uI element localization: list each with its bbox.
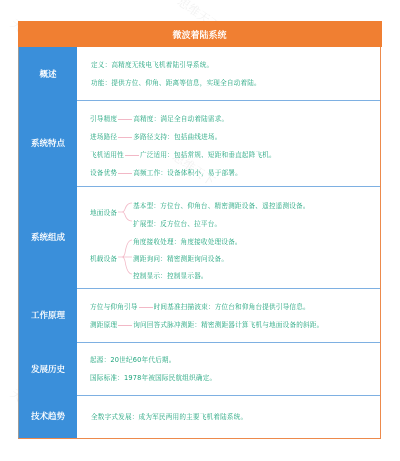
principle-value: 时间基准扫描波束：方位台和仰角台提供引导信息。 [154,303,310,311]
feature-value: 高精度：满足全自动着陆需求。 [133,115,228,123]
text-line: 功能：提供方位、仰角、距离等信息，实现全自动着陆。 [91,77,261,87]
connector-line [118,119,132,120]
row-content: 方位与仰角引导时间基准扫描波束：方位台和仰角台提供引导信息。 测距原理询问回答式… [77,288,380,342]
row-content: 定义：高精度无线电飞机着陆引导系统。 功能：提供方位、仰角、距离等信息，实现全自… [77,47,380,100]
row-content: 地面设备 基本型：方位台、仰角台、精密测距设备、遥控遥测设备。 扩展型：反方位台… [77,186,380,288]
row-content: 全数字式发展：成为军民两用的主要飞机着陆系统。 [77,395,380,438]
feature-key: 进场路径 [90,133,117,141]
row-label: 工作原理 [19,288,77,342]
feature-item: 引导精度高精度：满足全自动着陆需求。 [90,113,228,123]
row-label: 技术趋势 [19,395,77,438]
row-features: 系统特点 引导精度高精度：满足全自动着陆需求。 进场路径多路径支持：包括曲线进场… [19,100,380,186]
row-principle: 工作原理 方位与仰角引导时间基准扫描波束：方位台和仰角台提供引导信息。 测距原理… [19,288,380,342]
connector-line [118,137,132,138]
bracket-connector [118,200,134,224]
row-composition: 系统组成 地面设备 基本型：方位台、仰角台、精密测距设备、遥控遥测设备。 扩展型… [19,186,380,288]
group-item: 扩展型：反方位台、拉平台。 [133,218,221,228]
text-line: 起源：20世纪60年代后期。 [90,354,176,364]
group-name: 地面设备 [90,207,117,217]
group-item: 测距询问：精密测距询问设备。 [133,253,228,263]
principle-item: 方位与仰角引导时间基准扫描波束：方位台和仰角台提供引导信息。 [90,301,310,311]
feature-key: 飞机适用性 [90,151,124,159]
feature-item: 飞机适用性广泛适用：包括常规、短距和垂直起降飞机。 [90,149,276,159]
connector-line [139,307,153,308]
row-label: 概述 [19,47,77,100]
table-title: 微波着陆系统 [18,21,382,47]
text-line: 国际标准：1978年被国际民航组织确定。 [90,372,216,382]
text-line: 定义：高精度无线电飞机着陆引导系统。 [91,59,213,69]
bracket-connector [118,237,134,277]
group-name: 机载设备 [90,253,117,263]
principle-value: 询问回答式脉冲测距：精密测距器计算飞机与地面设备的斜距。 [133,321,323,329]
connector-line [118,325,132,326]
feature-key: 设备优势 [90,169,117,177]
feature-item: 设备优势高频工作：设备体积小，易于部署。 [90,167,242,177]
principle-key: 方位与仰角引导 [90,303,138,311]
row-overview: 概述 定义：高精度无线电飞机着陆引导系统。 功能：提供方位、仰角、距离等信息，实… [19,47,380,100]
group-item: 基本型：方位台、仰角台、精密测距设备、遥控遥测设备。 [133,200,310,210]
principle-item: 测距原理询问回答式脉冲测距：精密测距器计算飞机与地面设备的斜距。 [90,319,323,329]
row-content: 引导精度高精度：满足全自动着陆需求。 进场路径多路径支持：包括曲线进场。 飞机适… [77,100,380,186]
principle-key: 测距原理 [90,321,117,329]
connector-line [118,173,132,174]
group-item: 控制显示：控制显示器。 [133,270,208,280]
feature-item: 进场路径多路径支持：包括曲线进场。 [90,131,222,141]
row-label: 系统组成 [19,186,77,288]
feature-value: 广泛适用：包括常规、短距和垂直起降飞机。 [140,151,276,159]
feature-key: 引导精度 [90,115,117,123]
feature-value: 高频工作：设备体积小，易于部署。 [133,169,242,177]
row-trend: 技术趋势 全数字式发展：成为军民两用的主要飞机着陆系统。 [19,395,380,438]
connector-line [125,155,139,156]
text-line: 全数字式发展：成为军民两用的主要飞机着陆系统。 [91,411,247,421]
row-content: 起源：20世纪60年代后期。 国际标准：1978年被国际民航组织确定。 [77,342,380,395]
group-item: 角度接收处理：角度接收处理设备。 [133,236,242,246]
mindmap-table: 微波着陆系统 概述 定义：高精度无线电飞机着陆引导系统。 功能：提供方位、仰角、… [18,21,381,439]
row-history: 发展历史 起源：20世纪60年代后期。 国际标准：1978年被国际民航组织确定。 [19,342,380,395]
row-label: 发展历史 [19,342,77,395]
row-label: 系统特点 [19,100,77,186]
feature-value: 多路径支持：包括曲线进场。 [133,133,221,141]
